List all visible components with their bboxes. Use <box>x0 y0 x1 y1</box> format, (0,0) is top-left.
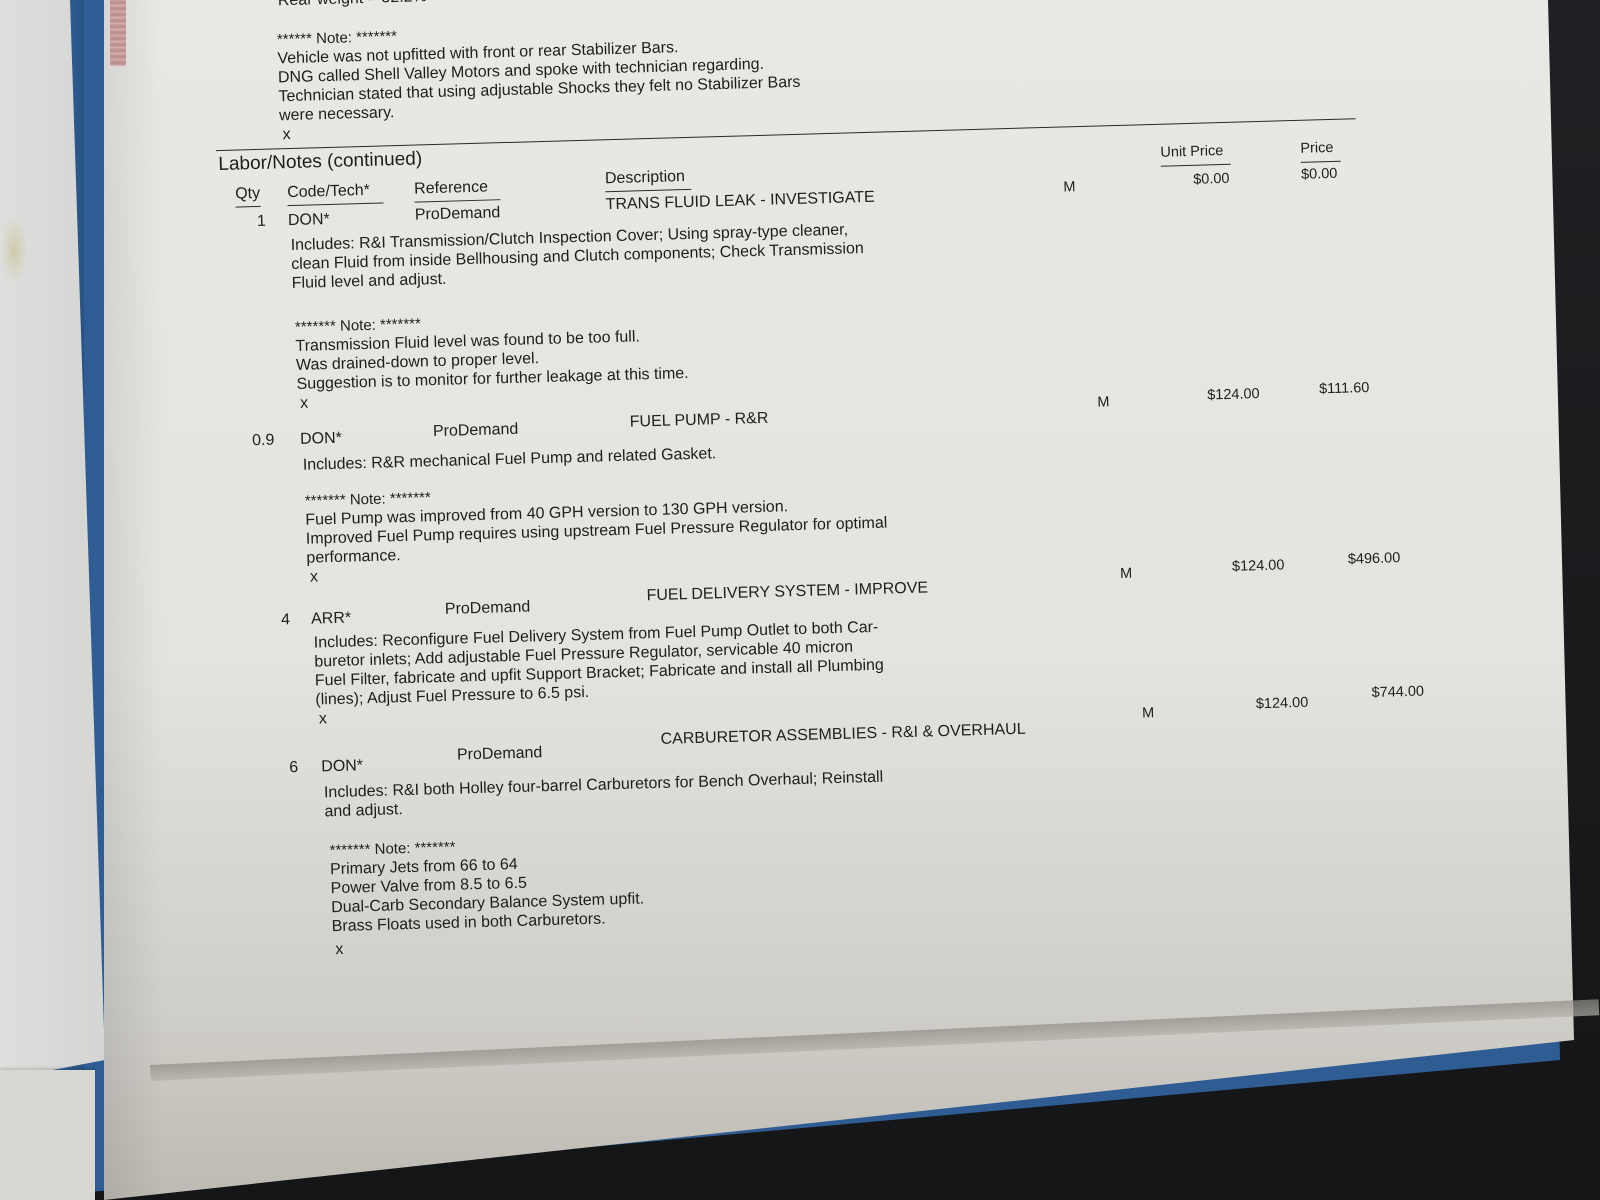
rear-weight-line: Rear weight = 52.2% <box>278 0 427 10</box>
item-unit-price: $124.00 <box>1207 385 1260 405</box>
line-item: 0.9 DON* ProDemand FUEL PUMP - R&R M $12… <box>0 0 1595 6</box>
printed-content: Rear weight = 52.2% ****** Note: *******… <box>0 0 1600 1200</box>
item-includes: Includes: Reconfigure Fuel Delivery Syst… <box>314 618 886 729</box>
item-note: ******* Note: ******* Fuel Pump was impr… <box>305 476 889 587</box>
item-type: M <box>1142 704 1155 723</box>
item-note: ******* Note: ******* Transmission Fluid… <box>295 307 690 413</box>
column-header-description: Description <box>605 167 692 192</box>
item-reference: ProDemand <box>415 203 501 224</box>
item-type: M <box>1063 178 1076 197</box>
item-unit-price: $124.00 <box>1256 694 1309 714</box>
column-header-qty: Qty <box>235 184 261 208</box>
line-item: 6 DON* ProDemand CARBURETOR ASSEMBLIES -… <box>0 0 1595 6</box>
item-description: TRANS FLUID LEAK - INVESTIGATE <box>605 188 875 215</box>
column-header-reference: Reference <box>414 177 501 202</box>
item-reference: ProDemand <box>445 598 531 619</box>
item-includes: Includes: R&I both Holley four-barrel Ca… <box>324 768 884 822</box>
item-unit-price: $124.00 <box>1232 556 1285 576</box>
column-header-unit-price: Unit Price <box>1160 142 1231 167</box>
item-includes: Includes: R&I Transmission/Clutch Inspec… <box>290 220 864 293</box>
column-header-code-tech: Code/Tech* <box>287 180 384 206</box>
item-description: FUEL DELIVERY SYSTEM - IMPROVE <box>646 578 928 605</box>
item-code: ARR* <box>311 609 352 629</box>
item-qty: 4 <box>281 610 290 629</box>
item-reference: ProDemand <box>457 743 543 764</box>
item-qty: 0.9 <box>252 431 275 451</box>
item-code: DON* <box>321 756 363 776</box>
item-description: FUEL PUMP - R&R <box>629 409 768 432</box>
item-unit-price: $0.00 <box>1193 170 1230 190</box>
section-title: Labor/Notes (continued) <box>218 149 422 174</box>
photo-scene: Rear weight = 52.2% ****** Note: *******… <box>0 0 1600 1200</box>
item-includes: Includes: R&R mechanical Fuel Pump and r… <box>303 444 717 475</box>
item-price: $0.00 <box>1301 165 1338 185</box>
item-price: $744.00 <box>1371 683 1424 703</box>
item-qty: 6 <box>289 758 298 777</box>
item-type: M <box>1097 393 1110 412</box>
item-code: DON* <box>300 429 342 449</box>
previous-note: ****** Note: ******* Vehicle was not upf… <box>277 16 802 145</box>
item-note: ******* Note: ******* Primary Jets from … <box>329 832 645 959</box>
item-price: $111.60 <box>1319 379 1370 399</box>
item-type: M <box>1120 565 1133 584</box>
item-price: $496.00 <box>1348 549 1401 569</box>
includes-line: Includes: R&R mechanical Fuel Pump and r… <box>303 444 717 475</box>
column-header-price: Price <box>1300 139 1341 163</box>
item-reference: ProDemand <box>433 420 519 441</box>
end-mark: x <box>335 931 645 959</box>
item-description: CARBURETOR ASSEMBLIES - R&I & OVERHAUL <box>660 720 1026 749</box>
line-item: 1 DON* ProDemand TRANS FLUID LEAK - INVE… <box>0 0 1595 6</box>
item-qty: 1 <box>257 212 266 231</box>
item-code: DON* <box>288 210 330 230</box>
line-item: 4 ARR* ProDemand FUEL DELIVERY SYSTEM - … <box>0 0 1595 6</box>
